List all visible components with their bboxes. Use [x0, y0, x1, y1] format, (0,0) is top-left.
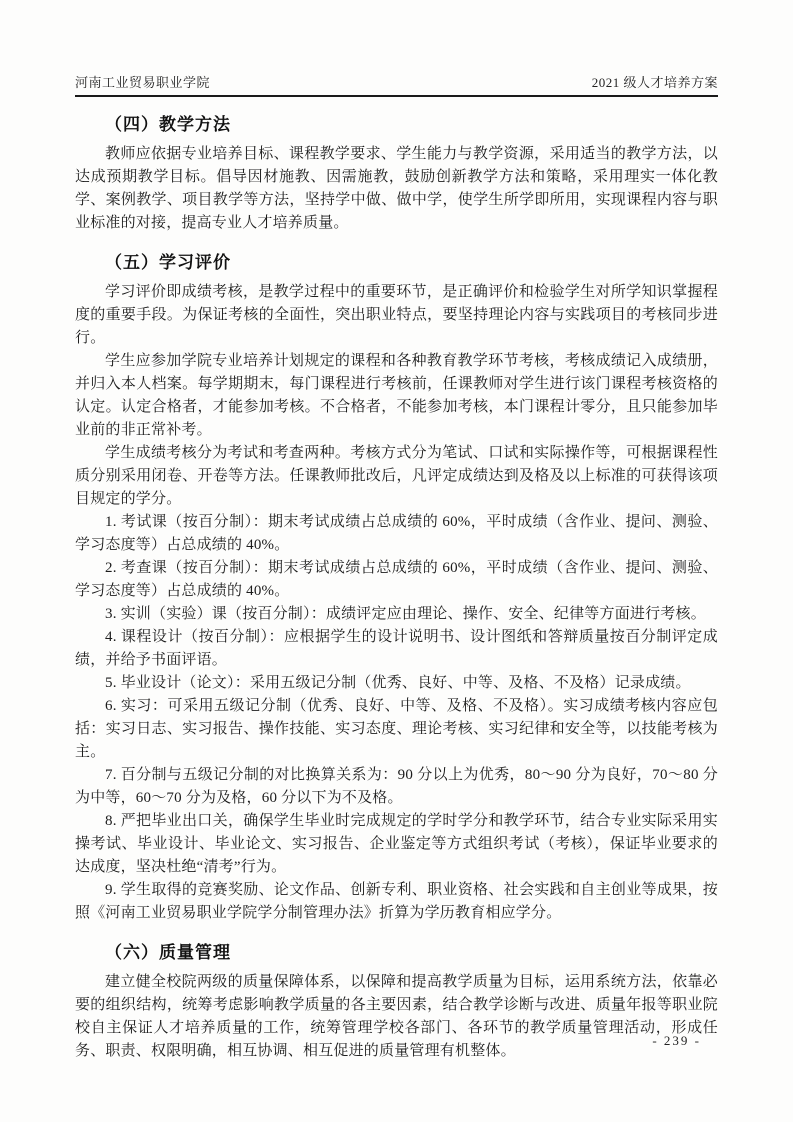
paragraph-exam-types: 学生成绩考核分为考试和考查两种。考核方式分为笔试、口试和实际操作等，可根据课程性… [75, 442, 718, 511]
header-school-name: 河南工业贸易职业学院 [75, 72, 210, 91]
paragraph-quality-management: 建立健全校院两级的质量保障体系，以保障和提高教学质量为目标，运用系统方法，依靠必… [75, 971, 718, 1063]
list-item-9-credit-conversion: 9. 学生取得的竞赛奖励、论文作品、创新专利、职业资格、社会实践和自主创业等成果… [75, 879, 718, 925]
page-header: 河南工业贸易职业学院 2021 级人才培养方案 [75, 72, 718, 95]
list-item-1-exam-course: 1. 考试课（按百分制）：期末考试成绩占总成绩的 60%，平时成绩（含作业、提问… [75, 511, 718, 557]
section-heading-learning-evaluation: （五）学习评价 [75, 248, 718, 273]
paragraph-teaching-methods: 教师应依据专业培养目标、课程教学要求、学生能力与教学资源，采用适当的教学方法，以… [75, 143, 718, 235]
list-item-4-course-design: 4. 课程设计（按百分制）：应根据学生的设计说明书、设计图纸和答辩质量按百分制评… [75, 626, 718, 672]
section-heading-quality-management: （六）质量管理 [75, 938, 718, 963]
list-item-6-internship: 6. 实习：可采用五级记分制（优秀、良好、中等、及格、不及格）。实习成绩考核内容… [75, 695, 718, 764]
list-item-5-graduation-design: 5. 毕业设计（论文）：采用五级记分制（优秀、良好、中等、及格、不及格）记录成绩… [75, 672, 718, 695]
section-heading-teaching-methods: （四）教学方法 [75, 110, 718, 135]
paragraph-exam-qualification: 学生应参加学院专业培养计划规定的课程和各种教育教学环节考核，考核成绩记入成绩册，… [75, 350, 718, 442]
list-item-2-assessment-course: 2. 考查课（按百分制）：期末考试成绩占总成绩的 60%，平时成绩（含作业、提问… [75, 557, 718, 603]
list-item-3-practical-course: 3. 实训（实验）课（按百分制）：成绩评定应由理论、操作、安全、纪律等方面进行考… [75, 603, 718, 626]
document-page: 河南工业贸易职业学院 2021 级人才培养方案 （四）教学方法 教师应依据专业培… [0, 0, 793, 1122]
document-body: （四）教学方法 教师应依据专业培养目标、课程教学要求、学生能力与教学资源，采用适… [75, 110, 718, 1063]
list-item-8-graduation-gate: 8. 严把毕业出口关，确保学生毕业时完成规定的学时学分和教学环节，结合专业实际采… [75, 810, 718, 879]
paragraph-evaluation-intro: 学习评价即成绩考核，是教学过程中的重要环节，是正确评价和检验学生对所学知识掌握程… [75, 281, 718, 350]
header-divider [75, 95, 718, 97]
header-doc-title: 2021 级人才培养方案 [592, 72, 718, 91]
page-number: - 239 - [652, 1033, 701, 1049]
list-item-7-grade-conversion: 7. 百分制与五级记分制的对比换算关系为：90 分以上为优秀，80～90 分为良… [75, 764, 718, 810]
